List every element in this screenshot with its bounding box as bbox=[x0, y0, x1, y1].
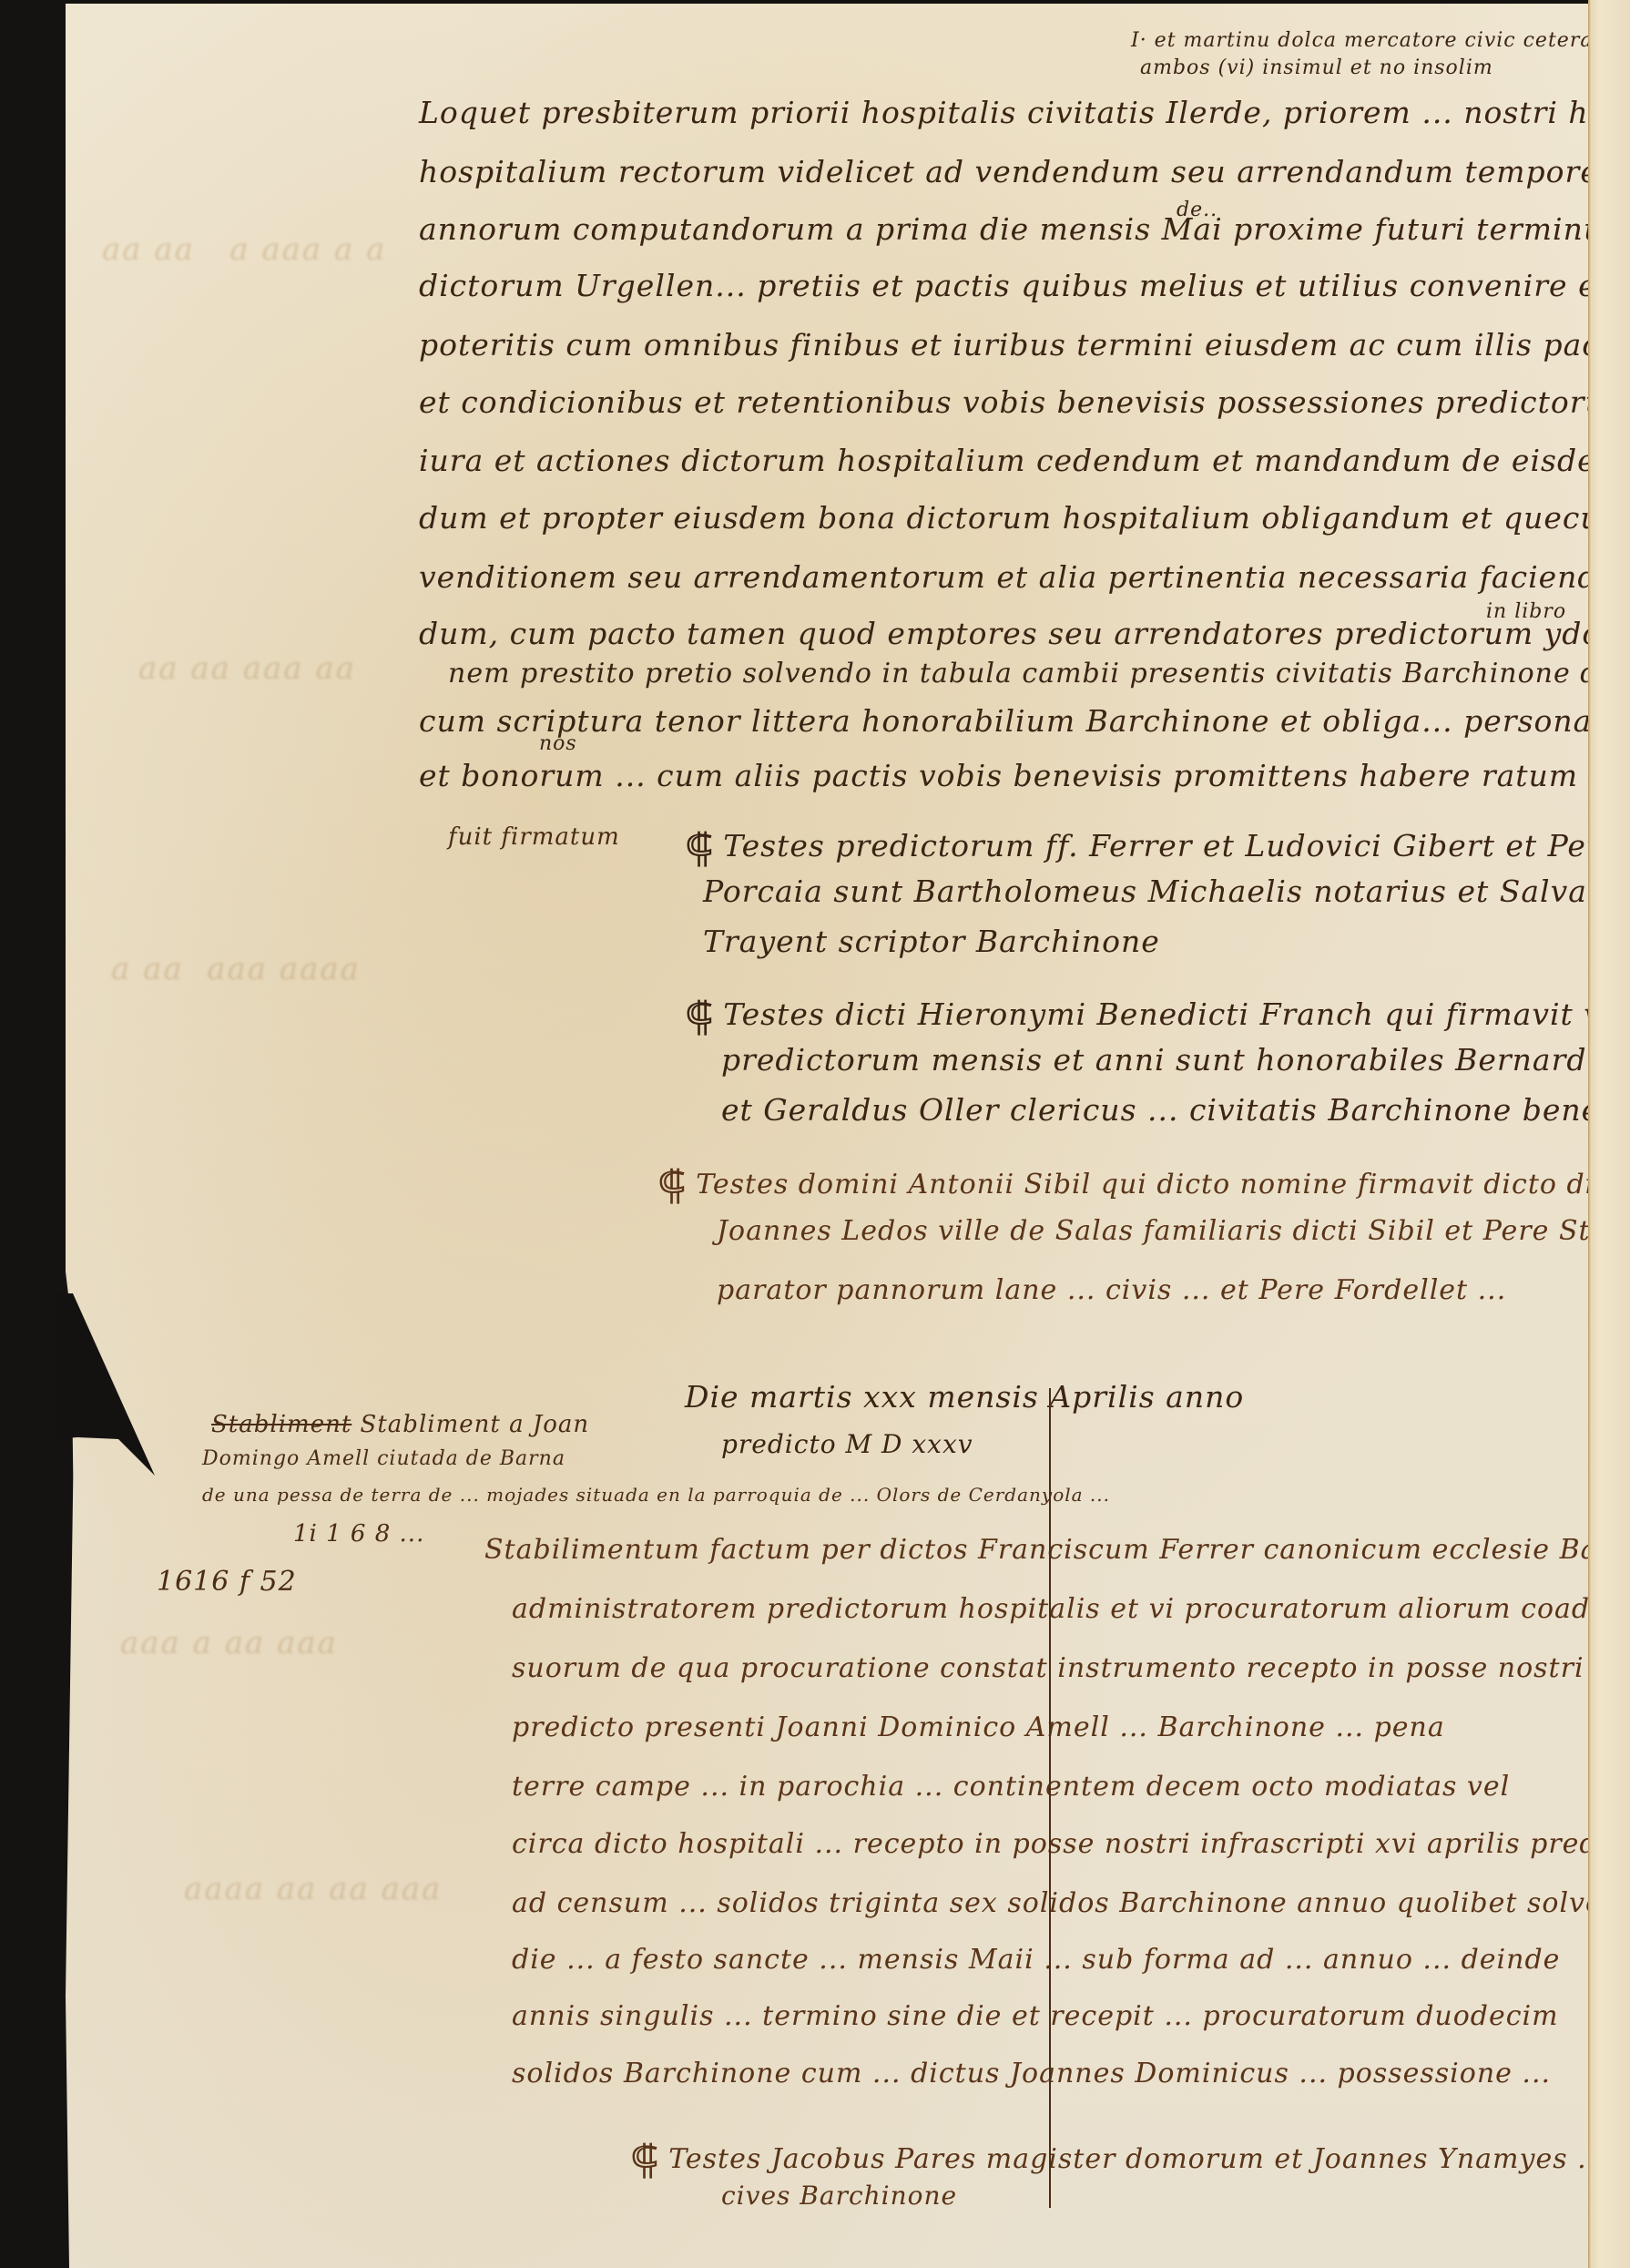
bleed-through-text: aa aa a aaa a a bbox=[102, 231, 386, 268]
bleed-through-text: aa aa aaa aa bbox=[138, 650, 356, 687]
block1-line: venditionem seu arrendamentorum et alia … bbox=[419, 559, 1630, 595]
block2-line: ad censum ... solidos triginta sex solid… bbox=[512, 1887, 1630, 1919]
paraph-icon: ⸿ bbox=[685, 987, 714, 1042]
interlinear-note: in libro bbox=[1486, 600, 1566, 623]
folio-reference: 1616 f 52 bbox=[157, 1566, 297, 1598]
block2-line: predicto presenti Joanni Dominico Amell … bbox=[512, 1711, 1445, 1743]
block2-line: circa dicto hospitali ... recepto in pos… bbox=[512, 1828, 1630, 1860]
block2-line: Stabilimentum factum per dictos Francisc… bbox=[484, 1534, 1630, 1566]
final-witness-line: cives Barchinone bbox=[721, 2181, 957, 2211]
margin-label-firmatum: fuit firmatum bbox=[448, 823, 620, 851]
block2-line: suorum de qua procuratione constat instr… bbox=[512, 1652, 1630, 1684]
manuscript-page: aa aa a aaa a a aa aa aaa aa a aa aaa aa… bbox=[66, 4, 1630, 2268]
block1-line: dum, cum pacto tamen quod emptores seu a… bbox=[419, 616, 1630, 651]
binding-gutter bbox=[1588, 0, 1630, 2268]
final-witness-line: ⸿Testes Jacobus Pares magister domorum e… bbox=[630, 2130, 1606, 2185]
bleed-through-text: aaa a aa aaa bbox=[120, 1625, 338, 1661]
paraph-icon: ⸿ bbox=[630, 2130, 659, 2185]
witness-line: predictorum mensis et anni sunt honorabi… bbox=[721, 1042, 1630, 1078]
block1-line: et bonorum ... cum aliis pactis vobis be… bbox=[419, 758, 1620, 793]
block1-line: nem prestito pretio solvendo in tabula c… bbox=[448, 658, 1630, 690]
block2-line: terre campe ... in parochia ... continen… bbox=[512, 1771, 1510, 1803]
witness-line: Trayent scriptor Barchinone bbox=[703, 924, 1160, 959]
block2-line: administratorem predictorum hospitalis e… bbox=[512, 1593, 1630, 1625]
interlinear-note: nos bbox=[539, 732, 577, 755]
margin-note: Domingo Amell ciutada de Barna bbox=[202, 1447, 565, 1470]
witness-line: ⸿Testes domini Antonii Sibil qui dicto n… bbox=[657, 1156, 1630, 1211]
witness-line: ⸿Testes dicti Hieronymi Benedicti Franch… bbox=[685, 987, 1630, 1042]
witness-line: parator pannorum lane ... civis ... et P… bbox=[717, 1274, 1506, 1306]
block1-line: et condicionibus et retentionibus vobis … bbox=[419, 384, 1630, 420]
block1-line: annorum computandorum a prima die mensis… bbox=[419, 211, 1630, 247]
margin-note-title: Stabliment Stabliment a Joan bbox=[211, 1411, 589, 1438]
scan-background bbox=[0, 0, 73, 2268]
block2-line: annis singulis ... termino sine die et r… bbox=[512, 2000, 1559, 2032]
block1-line: poteritis cum omnibus finibus et iuribus… bbox=[419, 327, 1630, 363]
entry-date-heading: Die martis xxx mensis Aprilis anno bbox=[685, 1379, 1244, 1415]
block1-line: dictorum Urgellen... pretiis et pactis q… bbox=[419, 268, 1630, 303]
witness-line: ⸿Testes predictorum ff. Ferrer et Ludovi… bbox=[685, 819, 1625, 873]
block1-line: Loquet presbiterum priorii hospitalis ci… bbox=[419, 95, 1630, 130]
top-note-line-1: I· et martinu dolca mercatore civic cete… bbox=[1131, 29, 1630, 52]
vertical-cancellation-line bbox=[1049, 1388, 1051, 2208]
top-note-line-2: ambos (vi) insimul et no insolim bbox=[1140, 56, 1493, 79]
paraph-icon: ⸿ bbox=[657, 1156, 687, 1211]
witness-line: Joannes Ledos ville de Salas familiaris … bbox=[717, 1215, 1630, 1247]
bleed-through-text: aaaa aa aa aaa bbox=[184, 1871, 442, 1907]
block1-line: hospitalium rectorum videlicet ad venden… bbox=[419, 154, 1630, 189]
entry-date-heading-line2: predicto M D xxxv bbox=[721, 1429, 973, 1459]
margin-note: de una pessa de terra de ... mojades sit… bbox=[202, 1484, 1110, 1506]
block1-line: cum scriptura tenor littera honorabilium… bbox=[419, 703, 1630, 739]
paraph-icon: ⸿ bbox=[685, 819, 714, 873]
block2-line: solidos Barchinone cum ... dictus Joanne… bbox=[512, 2058, 1551, 2089]
block1-line: dum et propter eiusdem bona dictorum hos… bbox=[419, 500, 1630, 536]
bleed-through-text: a aa aaa aaaa bbox=[111, 951, 361, 987]
block1-line: iura et actiones dictorum hospitalium ce… bbox=[419, 443, 1630, 478]
margin-note-numeral: 1i 1 6 8 ... bbox=[293, 1520, 424, 1548]
block2-line: die ... a festo sancte ... mensis Maii .… bbox=[512, 1944, 1560, 1976]
witness-line: Porcaia sunt Bartholomeus Michaelis nota… bbox=[703, 873, 1630, 909]
witness-line: et Geraldus Oller clericus ... civitatis… bbox=[721, 1092, 1630, 1128]
